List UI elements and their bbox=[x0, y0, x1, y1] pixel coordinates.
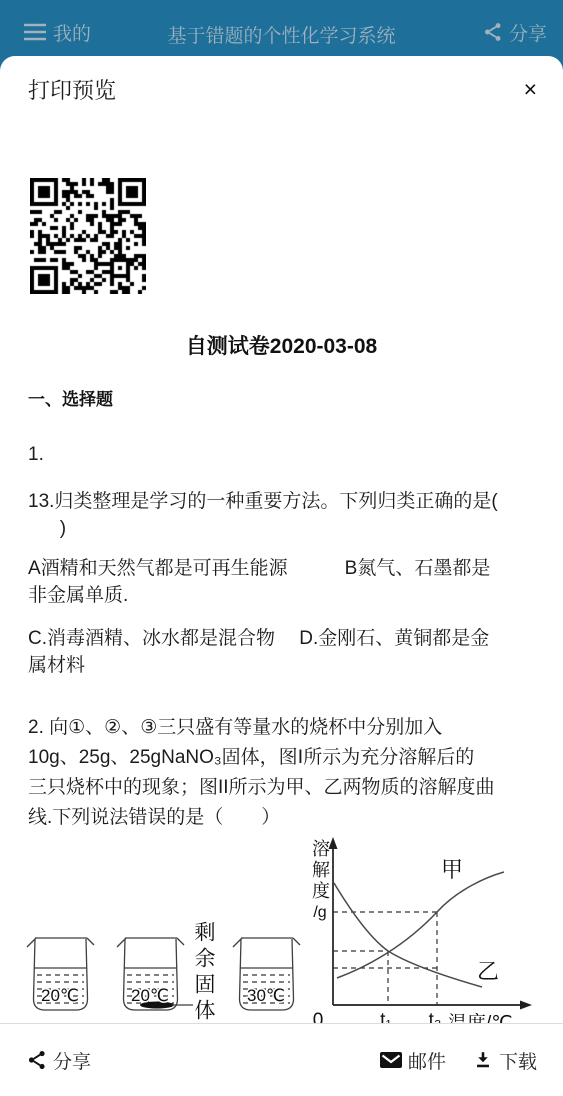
question-13-options-ab: A酒精和天然气都是可再生能源 B氮气、石墨都是 非金属单质. bbox=[28, 555, 535, 609]
top-bar: 我的 基于错题的个性化学习系统 分享 bbox=[0, 0, 563, 56]
app-window: 我的 基于错题的个性化学习系统 分享 打印预览 × 自测试卷2020-03-08 bbox=[0, 0, 563, 1096]
sheet-title: 打印预览 bbox=[28, 78, 116, 104]
curve-yi-label: 乙 bbox=[477, 959, 499, 984]
share-icon bbox=[482, 21, 504, 43]
mail-label: 邮件 bbox=[408, 1047, 446, 1074]
beaker-1-temp: 20℃ bbox=[41, 986, 79, 1005]
close-icon[interactable]: × bbox=[524, 78, 537, 100]
curve-jia-label: 甲 bbox=[441, 857, 463, 882]
question-number: 1. bbox=[28, 445, 535, 465]
share-label: 分享 bbox=[53, 1047, 91, 1074]
sheet-header: 打印预览 × bbox=[0, 56, 563, 104]
mail-icon bbox=[379, 1049, 403, 1071]
beaker-2-temp: 20℃ bbox=[131, 986, 169, 1005]
beaker-3-temp: 30℃ bbox=[247, 986, 285, 1005]
share-button[interactable]: 分享 bbox=[26, 1047, 91, 1074]
download-label: 下载 bbox=[499, 1047, 537, 1074]
residue-label: 剩余固体 bbox=[193, 921, 214, 1025]
paper-title: 自测试卷2020-03-08 bbox=[0, 335, 563, 359]
curve-yi bbox=[334, 883, 482, 987]
download-icon bbox=[472, 1049, 494, 1071]
y-axis-label: 溶解度 /g bbox=[306, 839, 334, 922]
share-icon bbox=[26, 1049, 48, 1071]
y-axis-label-text: 溶解度 bbox=[307, 839, 333, 902]
bottom-bar: 分享 邮件 bbox=[0, 1023, 563, 1096]
document-content: 自测试卷2020-03-08 一、选择题 1. 13.归类整理是学习的一种重要方… bbox=[0, 104, 563, 1045]
figure-svg: 20℃ 20℃ 30℃ ① ② ③ bbox=[14, 835, 549, 1045]
question-13-options-cd: C.消毒酒精、冰水都是混合物 D.金刚石、黄铜都是金 属材料 bbox=[28, 625, 535, 679]
question-13-text: 13.归类整理是学习的一种重要方法。下列归类正确的是( ) bbox=[28, 488, 535, 542]
download-button[interactable]: 下载 bbox=[472, 1047, 537, 1074]
mail-button[interactable]: 邮件 bbox=[379, 1047, 446, 1074]
app-title: 基于错题的个性化学习系统 bbox=[0, 21, 563, 48]
print-preview-sheet: 打印预览 × 自测试卷2020-03-08 一、选择题 1. 13.归类整理是学… bbox=[0, 56, 563, 1096]
header-share-label: 分享 bbox=[509, 19, 547, 46]
y-axis-unit: /g bbox=[313, 904, 326, 922]
question-2-figure: 20℃ 20℃ 30℃ ① ② ③ bbox=[14, 835, 549, 1045]
qr-code bbox=[30, 178, 146, 294]
question-2-text: 2. 向①、②、③三只盛有等量水的烧杯中分别加入 10g、25g、25gNaNO… bbox=[28, 713, 535, 833]
header-share-button[interactable]: 分享 bbox=[482, 19, 547, 46]
section-heading: 一、选择题 bbox=[28, 391, 535, 409]
bottom-bar-right: 邮件 下载 bbox=[379, 1047, 537, 1074]
